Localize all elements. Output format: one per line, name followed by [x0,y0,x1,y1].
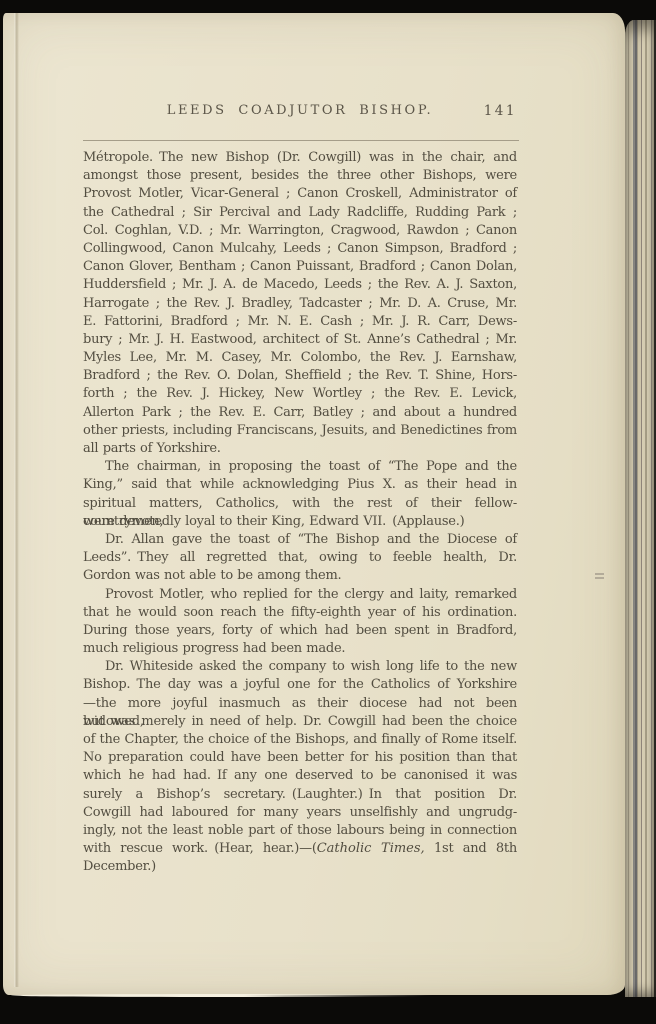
text-line: The chairman, in proposing the toast of … [83,458,517,476]
text-line: Huddersfield ; Mr. J. A. de Macedo, Leed… [83,276,517,294]
text-line: —the more joyful inasmuch as their dioce… [83,695,517,713]
scan-artifact-mark [595,573,604,579]
text-line: Canon Glover, Bentham ; Canon Puissant, … [83,258,517,276]
text-line: Myles Lee, Mr. M. Casey, Mr. Colombo, th… [83,349,517,367]
text-line: spiritual matters, Catholics, with the r… [83,495,517,513]
text-line: Harrogate ; the Rev. J. Bradley, Tadcast… [83,295,517,313]
text-line: December.) [83,858,517,876]
text-line: bury ; Mr. J. H. Eastwood, architect of … [83,331,517,349]
text-line: with rescue work. (Hear, hear.)—(Catholi… [83,840,517,858]
text-line: Dr. Allan gave the toast of “The Bishop … [83,531,517,549]
page-header: LEEDS COADJUTOR BISHOP. 141 [83,103,517,123]
text-line: ingly, not the least noble part of those… [83,822,517,840]
text-line: of the Chapter, the choice of the Bishop… [83,731,517,749]
text-line: all parts of Yorkshire. [83,440,517,458]
text-line: amongst those present, besides the three… [83,167,517,185]
text-line: Bishop. The day was a joyful one for the… [83,676,517,694]
text-line: King,” said that while acknowledging Piu… [83,476,517,494]
running-head: LEEDS COADJUTOR BISHOP. [83,103,517,118]
text-line: Dr. Whiteside asked the company to wish … [83,658,517,676]
text-line: the Cathedral ; Sir Percival and Lady Ra… [83,204,517,222]
text-line: Col. Coghlan, V.D. ; Mr. Warrington, Cra… [83,222,517,240]
text-line: which he had had. If any one deserved to… [83,767,517,785]
text-line: E. Fattorini, Bradford ; Mr. N. E. Cash … [83,313,517,331]
spine-crease [14,13,19,987]
page-number: 141 [484,103,517,119]
text-line: No preparation could have been better fo… [83,749,517,767]
text-line: surely a Bishop’s secretary. (Laughter.)… [83,786,517,804]
text-line: other priests, including Franciscans, Je… [83,422,517,440]
text-line: Gordon was not able to be among them. [83,567,517,585]
text-block: Métropole. The new Bishop (Dr. Cowgill) … [83,149,517,877]
text-line: Provost Motler, who replied for the cler… [83,586,517,604]
text-line: Collingwood, Canon Mulcahy, Leeds ; Cano… [83,240,517,258]
book-fore-edge [625,20,656,997]
text-line: but was merely in need of help. Dr. Cowg… [83,713,517,731]
text-line: were devotedly loyal to their King, Edwa… [83,513,517,531]
header-rule [83,140,519,141]
scanner-backdrop: LEEDS COADJUTOR BISHOP. 141 Métropole. T… [0,0,656,1024]
text-line: Bradford ; the Rev. O. Dolan, Sheffield … [83,367,517,385]
text-line: that he would soon reach the fifty-eight… [83,604,517,622]
text-line: Leeds”. They all regretted that, owing t… [83,549,517,567]
italic-citation: Catholic Times, [317,841,425,856]
text-line: During those years, forty of which had b… [83,622,517,640]
text-line: Provost Motler, Vicar-General ; Canon Cr… [83,185,517,203]
text-line: Cowgill had laboured for many years unse… [83,804,517,822]
book-page: LEEDS COADJUTOR BISHOP. 141 Métropole. T… [3,13,625,995]
text-line: Allerton Park ; the Rev. E. Carr, Batley… [83,404,517,422]
text-line: Métropole. The new Bishop (Dr. Cowgill) … [83,149,517,167]
text-line: forth ; the Rev. J. Hickey, New Wortley … [83,385,517,403]
text-line: much religious progress had been made. [83,640,517,658]
page-bottom-edge [11,994,434,997]
